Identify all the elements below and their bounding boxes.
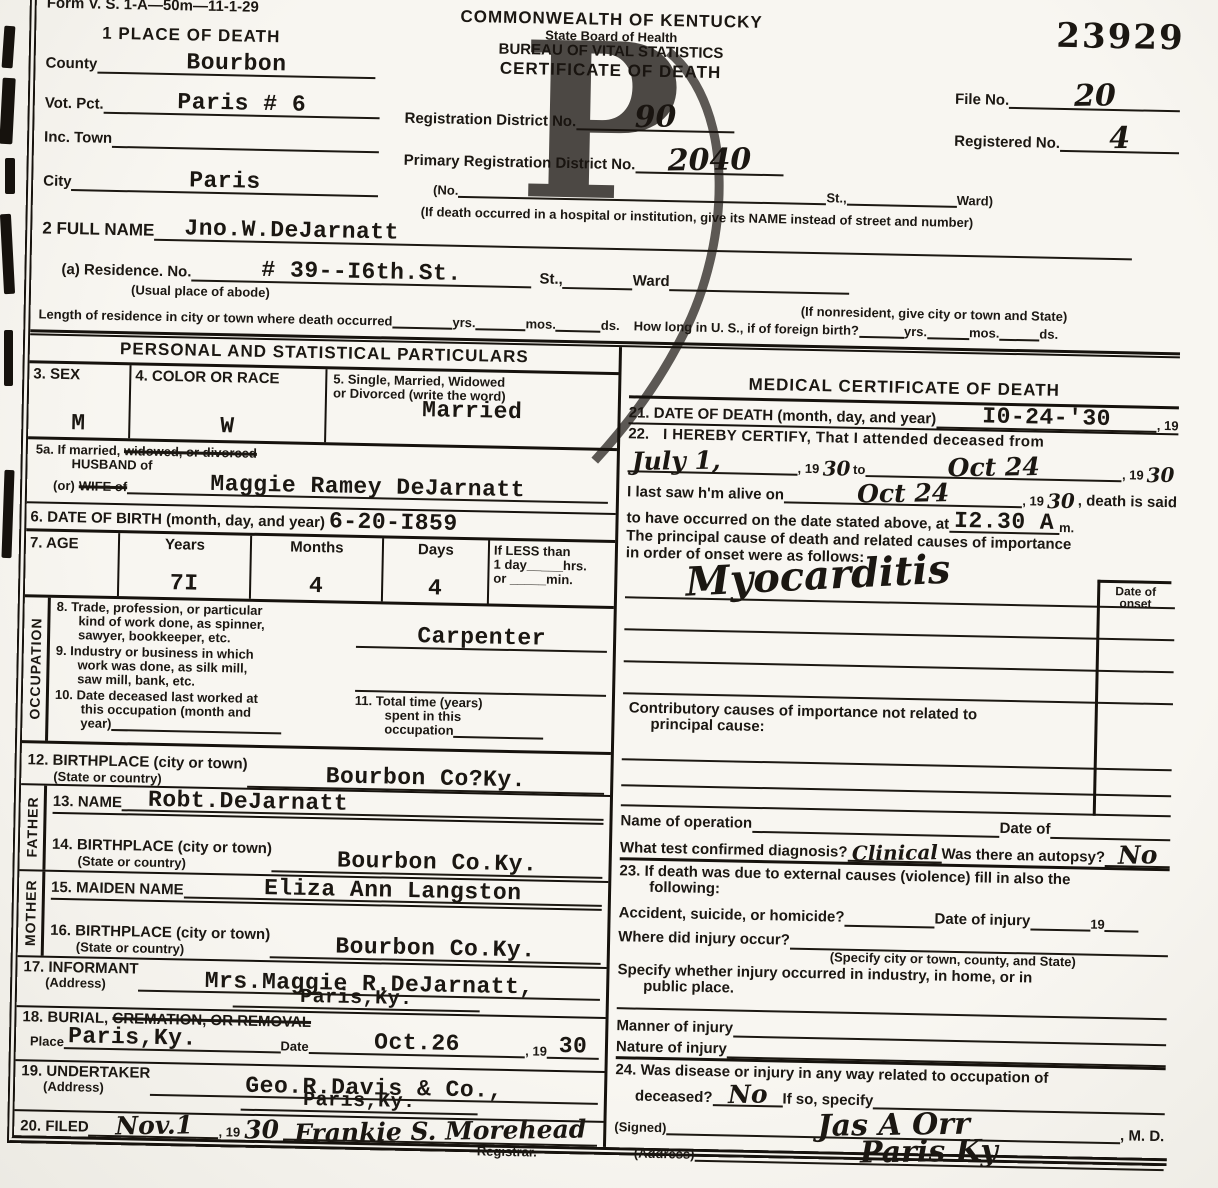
m-suffix-label: m. — [1059, 521, 1074, 535]
where-injury-label: Where did injury occur? — [618, 929, 790, 949]
age-days-label: Days — [384, 541, 488, 560]
certify-from-value: July 1, — [632, 451, 721, 472]
item18-place: Paris,Ky. — [68, 1026, 197, 1049]
city-value: Paris — [189, 170, 261, 192]
age-months-value: 4 — [251, 575, 381, 598]
occupation-vertical-label: OCCUPATION — [22, 597, 51, 740]
county-value: Bourbon — [186, 52, 287, 75]
mother-section: MOTHER 15. MAIDEN NAME Eliza Ann Langsto… — [18, 871, 609, 969]
residence-label: (a) Residence. No. — [61, 262, 191, 281]
item18-date: Oct.26 — [374, 1033, 460, 1055]
nature-injury-label: Nature of injury — [616, 1039, 727, 1058]
item12-value: Bourbon Co?Ky. — [326, 766, 527, 791]
last-saw-label: I last saw h'm alive on — [627, 484, 784, 504]
if-so-label: If so, specify — [782, 1091, 873, 1109]
item8-label: 8. Trade, profession, or particular kind… — [56, 600, 357, 648]
last-saw-value: Oct 24 — [857, 483, 949, 504]
age-years-label: Years — [120, 536, 250, 555]
father-vertical-label: FATHER — [19, 785, 47, 870]
scan-artifact — [5, 158, 15, 194]
cause-of-death-section: Myocarditis Contributory causes of impor… — [621, 556, 1176, 817]
city-field: City Paris — [43, 168, 378, 197]
county-field: County Bourbon — [45, 50, 375, 79]
cause-line — [624, 628, 1174, 641]
scan-artifact — [1, 470, 14, 558]
inc-town-label: Inc. Town — [44, 130, 112, 148]
contributory-line — [622, 758, 1172, 771]
ward-label: Ward) — [957, 194, 994, 209]
medical-column: MEDICAL CERTIFICATE OF DEATH 21. DATE OF… — [606, 347, 1180, 1158]
item17-value2: Paris,Ky. — [300, 989, 413, 1009]
abode-note: (Usual place of abode) — [131, 283, 270, 300]
commonwealth-heading: COMMONWEALTH OF KENTUCKY State Board of … — [395, 7, 826, 86]
date-of-onset-box: Date of onset — [1093, 579, 1172, 816]
age-months-label: Months — [252, 538, 382, 557]
occupation-section: OCCUPATION 8. Trade, profession, or part… — [22, 597, 614, 755]
race-value: W — [134, 414, 320, 438]
race-label: 4. COLOR OR RACE — [135, 368, 321, 388]
item13-value: Robt.DeJarnatt — [148, 789, 349, 814]
full-name-value: Jno.W.DeJarnatt — [184, 218, 399, 243]
item19-value2: Paris,Ky. — [303, 1092, 416, 1112]
contributory-label: Contributory causes of importance not re… — [628, 700, 977, 740]
date-injury-label: Date of injury — [934, 912, 1030, 930]
test-label: What test confirmed diagnosis? — [620, 840, 848, 861]
spouse-value: Maggie Ramey DeJarnatt — [210, 474, 525, 501]
marital-value: Married — [333, 398, 612, 424]
primary-registration-value: 2040 — [668, 148, 752, 173]
dob-value: 6-20-I859 — [329, 511, 458, 534]
filed-date-value: Nov.1 — [115, 1115, 193, 1136]
scan-artifact — [0, 78, 16, 145]
registration-district-value: 90 — [634, 105, 676, 130]
md-suffix-label: , M. D. — [1120, 1128, 1164, 1145]
item14-value: Bourbon Co.Ky. — [337, 851, 538, 876]
how-long-us-label: How long in U. S., if of foreign birth? — [634, 319, 860, 338]
age-label: 7. AGE — [30, 534, 79, 552]
item18-year: 30 — [558, 1036, 587, 1057]
year19-label-2: , 19 — [218, 1125, 240, 1139]
ds-label2: ds. — [1039, 328, 1058, 342]
registered-no-field: Registered No. 4 — [954, 124, 1179, 155]
nonresident-note: (If nonresident, give city or town and S… — [801, 305, 1068, 324]
year19-label-3: , 19 — [1157, 419, 1179, 433]
mos-label2: mos. — [969, 326, 1000, 341]
precinct-value: Paris # 6 — [177, 92, 306, 115]
residence-st-label: St., — [539, 272, 563, 289]
year19-label: , 19 — [525, 1044, 547, 1058]
date-label: Date — [280, 1039, 308, 1054]
certify-section: 22. I HEREBY CERTIFY, That I attended de… — [626, 424, 1179, 567]
death-certificate-form: Form V. S. 1-A—50m—11-1-29 1 PLACE OF DE… — [7, 0, 1190, 1166]
item13-label: 13. NAME — [53, 794, 123, 812]
mos-label: mos. — [525, 317, 556, 332]
year19-label-4: , 19 — [797, 462, 819, 476]
scan-artifact — [0, 214, 15, 294]
sex-value: M — [32, 412, 124, 435]
item17-label: 17. INFORMANT (Address) — [23, 959, 139, 992]
filed-field: 20. FILED Nov.1 , 19 30 Frankie S. Moreh… — [14, 1111, 604, 1171]
scan-artifact — [4, 330, 13, 386]
certify-to-value: Oct 24 — [948, 457, 1040, 478]
item8-value: Carpenter — [417, 626, 546, 649]
file-no-field: File No. 20 — [955, 82, 1180, 113]
full-name-label: 2 FULL NAME — [42, 219, 154, 240]
date-of-onset-label: Date of onset — [1100, 582, 1172, 611]
yr19b-label: 19 — [1090, 917, 1105, 931]
item24-value: No — [728, 1085, 768, 1106]
scanned-death-certificate: Form V. S. 1-A—50m—11-1-29 1 PLACE OF DE… — [0, 0, 1218, 1188]
to-label: to — [853, 463, 866, 477]
age-days-value: 4 — [383, 577, 487, 600]
item15-label: 15. MAIDEN NAME — [51, 880, 184, 899]
sex-race-marital-table: 3. SEX M 4. COLOR OR RACE W 5. Single, M… — [28, 363, 618, 451]
yrs-label2: yrs. — [904, 325, 927, 339]
item21-value: I0-24-'30 — [982, 406, 1111, 429]
certificate-number: 23929 — [1056, 16, 1185, 59]
manner-injury-label: Manner of injury — [616, 1018, 733, 1037]
age-years-value: 7I — [119, 572, 249, 595]
mother-vertical-label: MOTHER — [18, 871, 46, 956]
certify-from-year: 30 — [822, 460, 850, 476]
county-label: County — [45, 56, 97, 74]
autopsy-value: No — [1118, 845, 1158, 866]
primary-registration-field: Primary Registration District No. 2040 — [404, 143, 784, 177]
length-residence-label: Length of residence in city or town wher… — [38, 307, 392, 328]
cause-value: Myocarditis — [685, 553, 951, 598]
physician-address: Paris Ky — [860, 1140, 998, 1166]
year19-label-6: , 19 — [1022, 494, 1044, 508]
form-number: Form V. S. 1-A—50m—11-1-29 — [47, 0, 259, 16]
last-saw-year: 30 — [1047, 493, 1075, 509]
scan-artifact — [2, 26, 16, 69]
city-label: City — [43, 174, 72, 191]
registered-no-value: 4 — [1109, 127, 1130, 151]
autopsy-label: Was there an autopsy? — [941, 847, 1105, 867]
test-value: Clinical — [851, 844, 937, 861]
wife-of-struck: WIFE of — [79, 480, 128, 495]
filed-year-value: 30 — [244, 1120, 279, 1141]
dob-label: 6. DATE OF BIRTH (month, day, and year) — [30, 510, 325, 532]
item11-label: 11. Total time (years) spent in this occ… — [354, 694, 606, 741]
item15-value: Eliza Ann Langston — [264, 878, 522, 904]
ds-label: ds. — [601, 319, 620, 333]
item12-label: 12. BIRTHPLACE (city or town) (State or … — [27, 752, 248, 787]
inc-town-field: Inc. Town — [44, 130, 379, 153]
item20-label: 20. FILED — [20, 1118, 89, 1136]
personal-column: PERSONAL AND STATISTICAL PARTICULARS 3. … — [14, 335, 622, 1147]
item14-label: 14. BIRTHPLACE (city or town) (State or … — [51, 837, 272, 872]
paren-no-label: (No. — [433, 183, 459, 198]
certify-to-year: 30 — [1147, 467, 1175, 483]
registration-district-label: Registration District No. — [404, 110, 576, 130]
file-no-label: File No. — [955, 91, 1009, 109]
or-label: (or) — [53, 479, 75, 493]
header-section: Form V. S. 1-A—50m—11-1-29 1 PLACE OF DE… — [30, 0, 1187, 358]
file-no-value: 20 — [1074, 84, 1116, 109]
item10-label: 10. Date deceased last worked at this oc… — [54, 688, 355, 736]
deceased-label: deceased? — [635, 1088, 713, 1106]
yrs-label: yrs. — [452, 316, 475, 330]
residence-ward-label: Ward — [633, 274, 670, 291]
cause-line — [624, 660, 1174, 673]
date-of-label: Date of — [999, 821, 1050, 839]
death-said-label: , death is said — [1078, 493, 1178, 511]
precinct-label: Vot. Pct. — [45, 96, 104, 114]
sex-label: 3. SEX — [33, 366, 125, 384]
item9-label: 9. Industry or business in which work wa… — [55, 644, 356, 692]
contributory-line — [621, 784, 1171, 797]
spouse-section: 5a. If married, widowed, or divorced HUS… — [27, 439, 617, 515]
year19-label-5: , 19 — [1122, 468, 1144, 482]
item16-label: 16. BIRTHPLACE (city or town) (State or … — [50, 923, 271, 958]
primary-registration-label: Primary Registration District No. — [404, 152, 636, 173]
precinct-field: Vot. Pct. Paris # 6 — [45, 90, 380, 119]
place-of-death-title: 1 PLACE OF DEATH — [102, 25, 280, 47]
registration-district-field: Registration District No. 90 — [404, 101, 734, 134]
signed-label: (Signed) — [614, 1120, 666, 1135]
no-st-ward-line: (No. St., Ward) — [433, 183, 993, 208]
age-table: 7. AGE Years 7I Months 4 Days 4 If LESS — [25, 531, 615, 609]
place-label: Place — [30, 1034, 64, 1049]
residence-value: # 39--I6th.St. — [261, 260, 462, 285]
st-label: St., — [826, 191, 847, 205]
occurred-time-value: I2.30 A — [954, 510, 1055, 533]
registered-no-label: Registered No. — [954, 133, 1060, 152]
item19-label: 19. UNDERTAKER (Address) — [21, 1063, 150, 1096]
if-less-note: If LESS than 1 day_____hrs. or _____min. — [487, 540, 615, 606]
address-label: (Address) — [634, 1147, 695, 1162]
father-section: FATHER 13. NAME Robt.DeJarnatt 14. BIRTH… — [19, 785, 610, 883]
item22-number: 22. — [628, 426, 649, 443]
registrar-signature: Frankie S. Morehead — [294, 1119, 586, 1143]
item16-value: Bourbon Co.Ky. — [335, 937, 536, 962]
operation-label: Name of operation — [620, 813, 752, 832]
